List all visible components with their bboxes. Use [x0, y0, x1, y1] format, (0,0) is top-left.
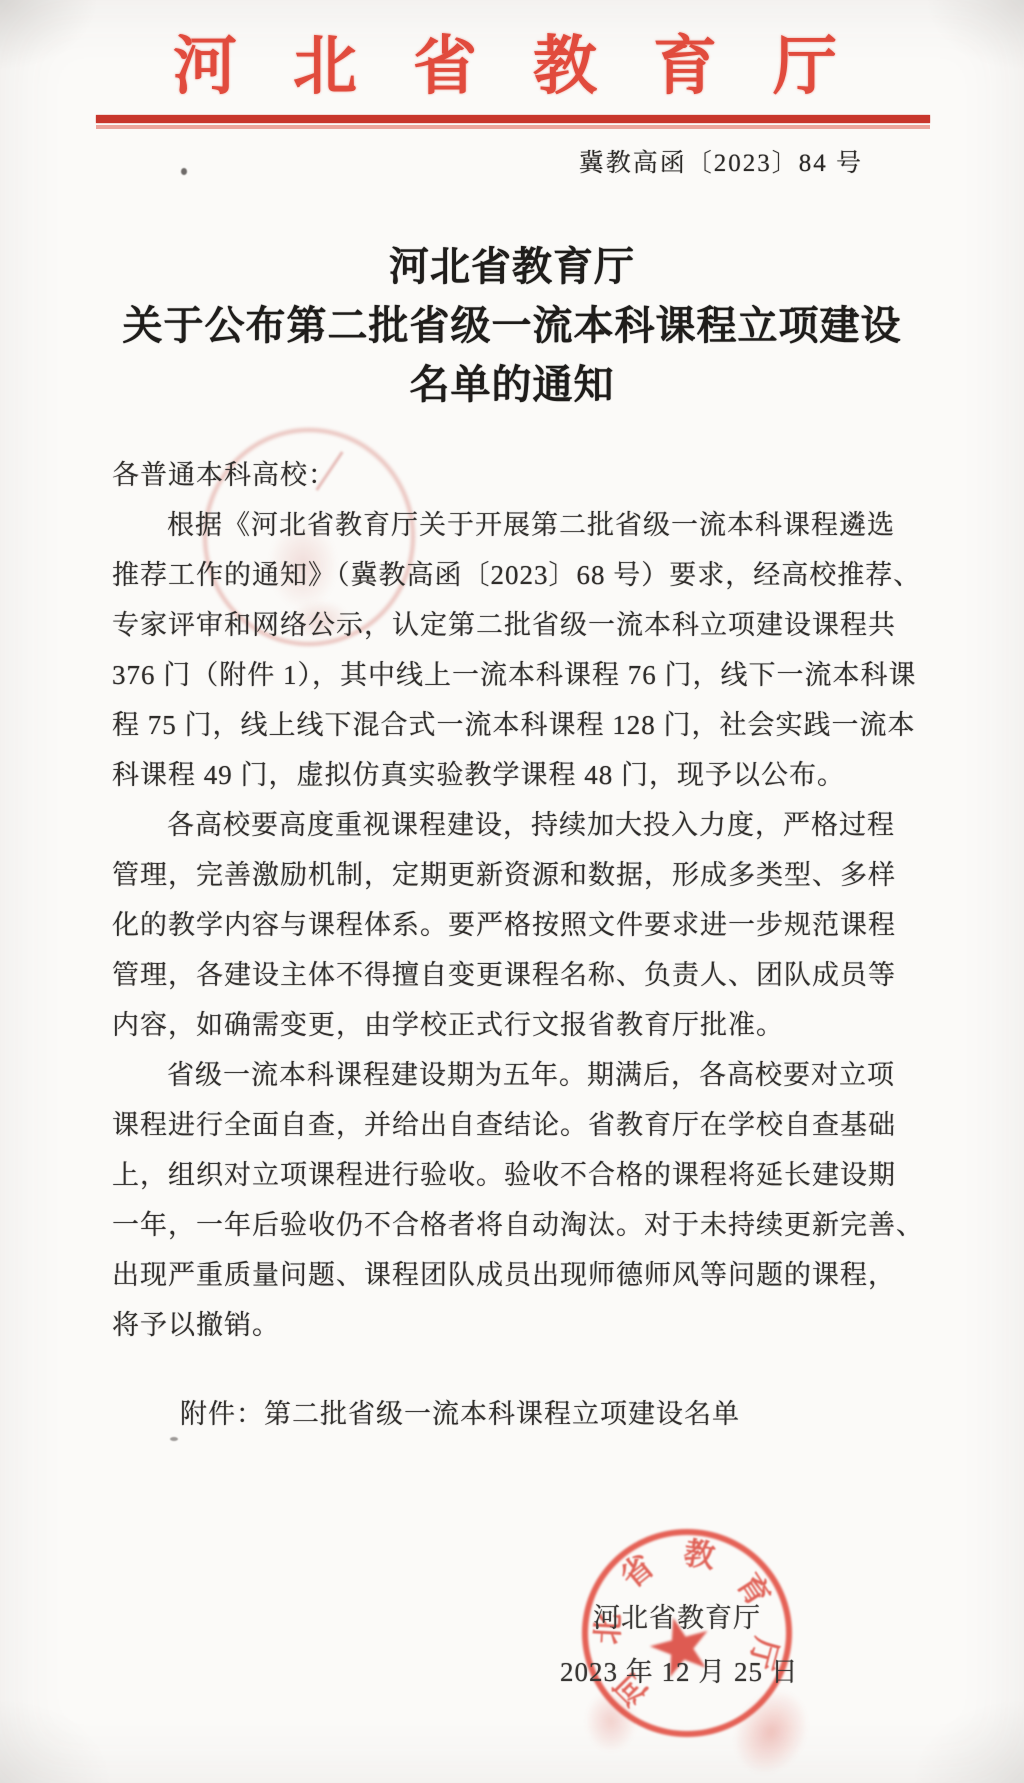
body-line: 化的教学内容与课程体系。要严格按照文件要求进一步规范课程: [112, 900, 922, 950]
seal-ring-chars: 河北省教育厅: [582, 1529, 792, 1737]
notice-title: 河北省教育厅关于公布第二批省级一流本科课程立项建设名单的通知: [0, 238, 1024, 415]
seal-ring-char: 河: [610, 1666, 654, 1710]
attachment-line: 附件：第二批省级一流本科课程立项建设名单: [180, 1398, 740, 1430]
scan-speck: [170, 1437, 178, 1441]
seal-date: 2023 年 12 月 25 日: [560, 1657, 791, 1687]
body-line: 管理，完善激励机制，定期更新资源和数据，形成多类型、多样: [112, 850, 922, 900]
seal-ring-icon: [582, 1529, 792, 1737]
title-line: 名单的通知: [0, 356, 1024, 415]
body-line: 推荐工作的通知》（冀教高函〔2023〕68 号）要求，经高校推荐、: [112, 550, 922, 600]
scan-speck: [181, 168, 187, 175]
title-line: 关于公布第二批省级一流本科课程立项建设: [0, 297, 1024, 356]
seal-ring-char: 育: [731, 1569, 774, 1612]
salutation: 各普通本科高校：: [112, 450, 922, 500]
body-line: 科课程 49 门，虚拟仿真实验教学课程 48 门，现予以公布。: [112, 750, 922, 800]
body-line: 上，组织对立项课程进行验收。验收不合格的课程将延长建设期: [112, 1150, 922, 1200]
seal-ring-char: 北: [593, 1613, 626, 1646]
body-line: 376 门（附件 1），其中线上一流本科课程 76 门，线下一流本科课: [112, 650, 922, 700]
notice-body: 各普通本科高校： 根据《河北省教育厅关于开展第二批省级一流本科课程遴选推荐工作的…: [112, 450, 922, 1350]
official-seal: 河北省教育厅 ★ 河北省教育厅 2023 年 12 月 25 日: [582, 1529, 792, 1737]
document-page: 河北省教育厅 冀教高函〔2023〕84 号 河北省教育厅关于公布第二批省级一流本…: [0, 0, 1024, 1783]
letterhead-rule-thick: [96, 115, 930, 123]
letterhead-org-name: 河北省教育厅: [0, 34, 1024, 100]
body-line: 一年，一年后验收仍不合格者将自动淘汰。对于未持续更新完善、: [112, 1200, 922, 1250]
body-line: 将予以撤销。: [112, 1300, 922, 1350]
body-line: 课程进行全面自查，并给出自查结论。省教育厅在学校自查基础: [112, 1100, 922, 1150]
body-line: 专家评审和网络公示，认定第二批省级一流本科立项建设课程共: [112, 600, 922, 650]
doc-number: 冀教高函〔2023〕84 号: [579, 143, 863, 179]
body-line: 出现严重质量问题、课程团队成员出现师德师风等问题的课程，: [112, 1250, 922, 1300]
title-lines: 河北省教育厅关于公布第二批省级一流本科课程立项建设名单的通知: [0, 238, 1024, 415]
body-line: 各高校要高度重视课程建设，持续加大投入力度，严格过程: [112, 800, 922, 850]
body-line: 省级一流本科课程建设期为五年。期满后，各高校要对立项: [112, 1050, 922, 1100]
body-line: 根据《河北省教育厅关于开展第二批省级一流本科课程遴选: [112, 500, 922, 550]
body-line: 管理，各建设主体不得擅自变更课程名称、负责人、团队成员等: [112, 950, 922, 1000]
letterhead-rule: [96, 115, 930, 129]
seal-ring-char: 厅: [743, 1634, 781, 1672]
seal-ring-char: 省: [616, 1551, 660, 1595]
seal-star-icon: ★: [637, 1600, 725, 1693]
seal-ring-char: 教: [681, 1538, 716, 1573]
seal-signer-name: 河北省教育厅: [572, 1603, 782, 1633]
seal-ink-smudge: [719, 1677, 822, 1783]
letterhead-rule-thin: [96, 125, 930, 129]
body-line: 内容，如确需变更，由学校正式行文报省教育厅批准。: [112, 1000, 922, 1050]
seal-ink-smudge: [585, 1690, 637, 1752]
title-line: 河北省教育厅: [0, 238, 1024, 297]
body-line: 程 75 门，线上线下混合式一流本科课程 128 门，社会实践一流本: [112, 700, 922, 750]
body-lines: 根据《河北省教育厅关于开展第二批省级一流本科课程遴选推荐工作的通知》（冀教高函〔…: [112, 500, 922, 1350]
